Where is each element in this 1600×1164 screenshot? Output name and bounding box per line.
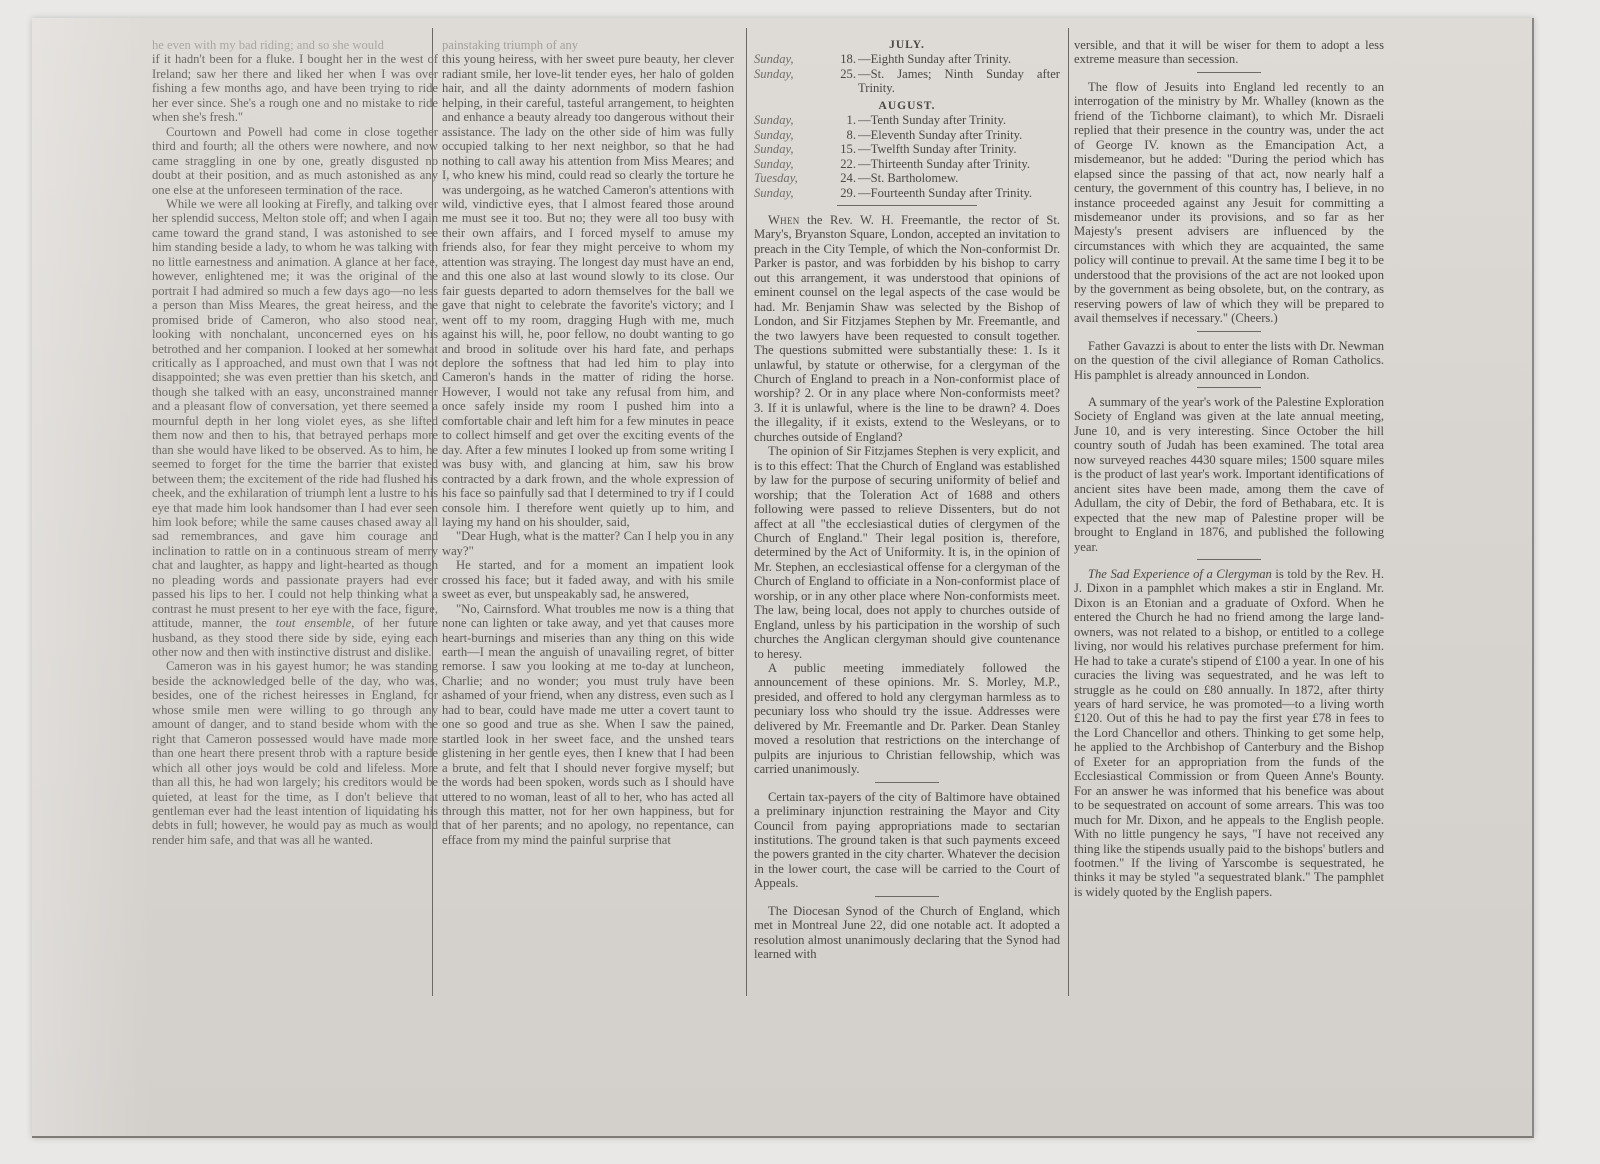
calendar-day: Sunday, — [754, 142, 822, 156]
dialogue-paragraph: "No, Cairnsford. What troubles me now is… — [442, 602, 734, 848]
column-divider — [746, 28, 747, 996]
paragraph-text: While we were all looking at Firefly, an… — [152, 197, 438, 630]
italic-phrase: tout ensemble — [276, 616, 351, 630]
calendar-date: 24. — [822, 171, 858, 185]
news-item-baltimore: Certain tax-payers of the city of Baltim… — [754, 790, 1060, 891]
paper-shading — [32, 18, 152, 1136]
calendar-date: 15. — [822, 142, 858, 156]
calendar-heading-august: AUGUST. — [754, 99, 1060, 113]
column-4-news: versible, and that it will be wiser for … — [1074, 38, 1384, 899]
calendar-observance: —Eleventh Sunday after Trinity. — [858, 128, 1060, 142]
calendar-date: 25. — [822, 67, 858, 96]
paragraph: The opinion of Sir Fitzjames Stephen is … — [754, 444, 1060, 661]
section-separator — [1197, 387, 1261, 388]
news-item-synod: The Diocesan Synod of the Church of Engl… — [754, 904, 1060, 962]
news-item-dixon: The Sad Experience of a Clergyman is tol… — [1074, 567, 1384, 899]
column-divider — [1068, 28, 1069, 996]
column-2-story: painstaking triumph of any this young he… — [442, 38, 734, 847]
calendar-day: Sunday, — [754, 186, 822, 200]
calendar-day: Tuesday, — [754, 171, 822, 185]
paragraph: A public meeting immediately followed th… — [754, 661, 1060, 777]
section-separator — [875, 896, 939, 897]
calendar-observance: —St. James; Ninth Sunday after Trinity. — [858, 67, 1060, 96]
calendar-day: Sunday, — [754, 52, 822, 66]
calendar-row: Sunday, 18. —Eighth Sunday after Trinity… — [754, 52, 1060, 66]
column-1-story: he even with my bad riding; and so she w… — [152, 38, 438, 847]
section-separator — [875, 782, 939, 783]
italic-title: The Sad Experience of a Clergyman — [1088, 567, 1272, 581]
paragraph: this young heiress, with her sweet pure … — [442, 52, 734, 529]
calendar-date: 29. — [822, 186, 858, 200]
calendar-row: Sunday, 15. —Twelfth Sunday after Trinit… — [754, 142, 1060, 156]
lead-word: When — [768, 213, 800, 227]
section-separator — [837, 205, 977, 206]
calendar-august: Sunday, 1. —Tenth Sunday after Trinity. … — [754, 113, 1060, 200]
calendar-observance: —Eighth Sunday after Trinity. — [858, 52, 1060, 66]
dialogue-paragraph: "Dear Hugh, what is the matter? Can I he… — [442, 529, 734, 558]
news-item-jesuits: The flow of Jesuits into England led rec… — [1074, 80, 1384, 326]
calendar-july: Sunday, 18. —Eighth Sunday after Trinity… — [754, 52, 1060, 95]
calendar-observance: —Tenth Sunday after Trinity. — [858, 113, 1060, 127]
calendar-row: Sunday, 22. —Thirteenth Sunday after Tri… — [754, 157, 1060, 171]
paragraph: if it hadn't been for a fluke. I bought … — [152, 52, 438, 124]
news-item-palestine: A summary of the year's work of the Pale… — [1074, 395, 1384, 554]
section-separator — [1197, 559, 1261, 560]
calendar-day: Sunday, — [754, 67, 822, 96]
calendar-row: Sunday, 29. —Fourteenth Sunday after Tri… — [754, 186, 1060, 200]
calendar-heading-july: JULY. — [754, 38, 1060, 52]
calendar-day: Sunday, — [754, 157, 822, 171]
calendar-row: Sunday, 25. —St. James; Ninth Sunday aft… — [754, 67, 1060, 96]
cut-off-line: he even with my bad riding; and so she w… — [152, 38, 438, 52]
calendar-date: 22. — [822, 157, 858, 171]
paragraph: Cameron was in his gayest humor; he was … — [152, 659, 438, 847]
continued-paragraph: versible, and that it will be wiser for … — [1074, 38, 1384, 67]
news-item-freemantle: When the Rev. W. H. Freemantle, the rect… — [754, 213, 1060, 444]
section-separator — [1197, 331, 1261, 332]
calendar-day: Sunday, — [754, 128, 822, 142]
column-3-news: JULY. Sunday, 18. —Eighth Sunday after T… — [754, 38, 1060, 962]
paragraph-text: is told by the Rev. H. J. Dixon in a pam… — [1074, 567, 1384, 899]
calendar-day: Sunday, — [754, 113, 822, 127]
calendar-observance: —Twelfth Sunday after Trinity. — [858, 142, 1060, 156]
cut-off-line: painstaking triumph of any — [442, 38, 734, 52]
section-separator — [1197, 72, 1261, 73]
calendar-row: Sunday, 1. —Tenth Sunday after Trinity. — [754, 113, 1060, 127]
news-item-gavazzi: Father Gavazzi is about to enter the lis… — [1074, 339, 1384, 382]
calendar-observance: —Thirteenth Sunday after Trinity. — [858, 157, 1060, 171]
paragraph: While we were all looking at Firefly, an… — [152, 197, 438, 660]
calendar-date: 1. — [822, 113, 858, 127]
calendar-date: 8. — [822, 128, 858, 142]
newspaper-page: he even with my bad riding; and so she w… — [32, 18, 1534, 1138]
paragraph-text: the Rev. W. H. Freemantle, the rector of… — [754, 213, 1060, 444]
calendar-observance: —Fourteenth Sunday after Trinity. — [858, 186, 1060, 200]
paragraph: Courtown and Powell had come in close to… — [152, 125, 438, 197]
calendar-row: Sunday, 8. —Eleventh Sunday after Trinit… — [754, 128, 1060, 142]
paragraph: He started, and for a moment an impatien… — [442, 558, 734, 601]
calendar-date: 18. — [822, 52, 858, 66]
calendar-observance: —St. Bartholomew. — [858, 171, 1060, 185]
calendar-row: Tuesday, 24. —St. Bartholomew. — [754, 171, 1060, 185]
